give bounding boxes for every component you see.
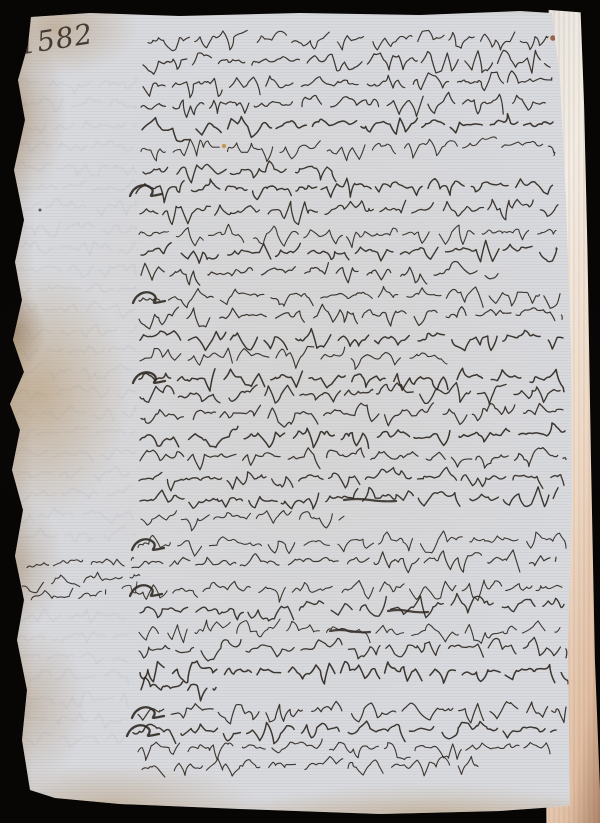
marginal-note bbox=[21, 555, 141, 602]
manuscript-page: 1582 bbox=[0, 0, 600, 823]
verso-bleedthrough-layer bbox=[16, 77, 136, 747]
ink-spot bbox=[222, 144, 226, 148]
ink-spot bbox=[39, 209, 42, 212]
handwriting-body-layer bbox=[127, 30, 568, 777]
manuscript-photo: 1582 bbox=[0, 0, 600, 823]
ink-spots-layer bbox=[39, 35, 556, 211]
handwriting-layer: 1582 bbox=[0, 0, 600, 823]
